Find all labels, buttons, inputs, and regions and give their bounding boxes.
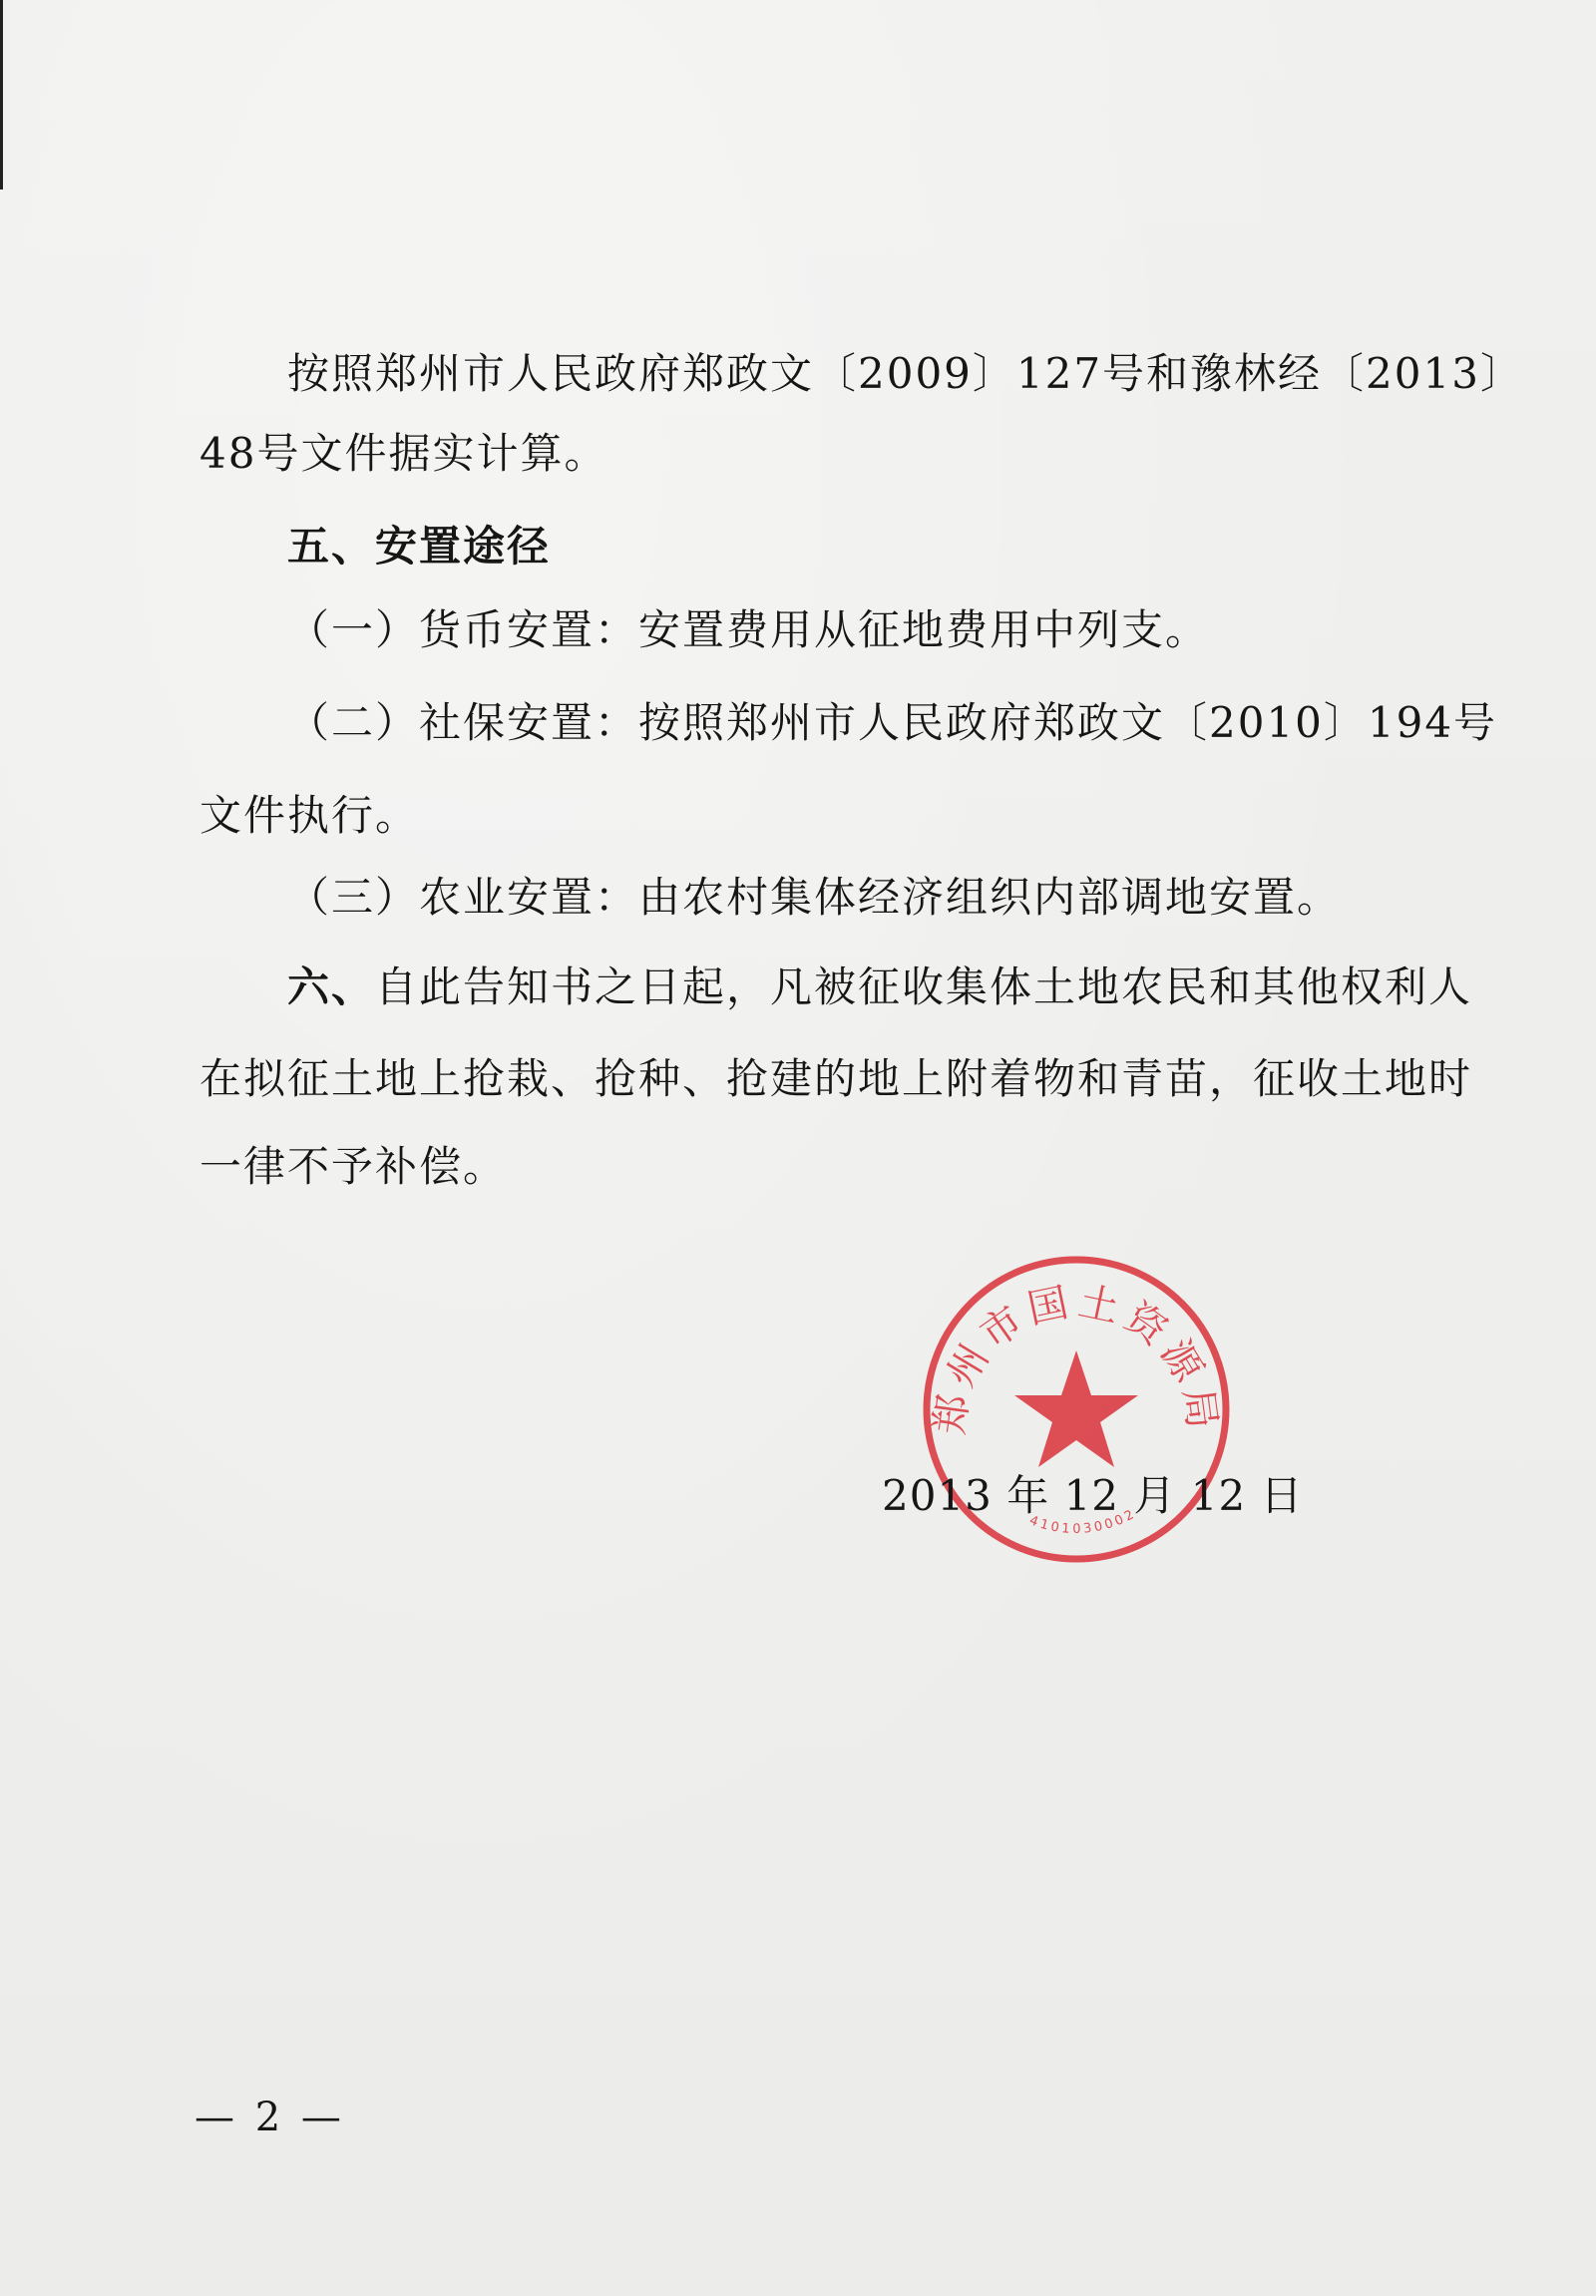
- section-heading-five: 五、安置途径: [287, 517, 1524, 576]
- section-six-text: 自此告知书之日起，凡被征收集体土地农民和其他权利人: [375, 962, 1472, 1011]
- list-item-two-continued: 文件执行。: [199, 786, 1436, 846]
- list-item-three: （三）农业安置：由农村集体经济组织内部调地安置。: [287, 868, 1524, 928]
- page-number: — 2 —: [195, 2093, 345, 2142]
- list-item-two: （二）社保安置：按照郑州市人民政府郑政文〔2010〕194号: [287, 693, 1524, 753]
- scan-edge: [0, 0, 3, 190]
- section-six-line-2: 在拟征土地上抢栽、抢种、抢建的地上附着物和青苗，征收土地时: [199, 1049, 1436, 1109]
- paragraph-line-2: 48号文件据实计算。: [199, 424, 1436, 484]
- section-six-label: 六、: [287, 962, 375, 1011]
- document-date: 2013 年 12 月 12 日: [882, 1466, 1304, 1526]
- document-page: 按照郑州市人民政府郑政文〔2009〕127号和豫林经〔2013〕 48号文件据实…: [0, 0, 1596, 2296]
- list-item-one: （一）货币安置：安置费用从征地费用中列支。: [287, 600, 1524, 660]
- section-six-line-3: 一律不予补偿。: [199, 1137, 1436, 1197]
- paragraph-line-1: 按照郑州市人民政府郑政文〔2009〕127号和豫林经〔2013〕: [287, 344, 1524, 404]
- section-six: 六、自此告知书之日起，凡被征收集体土地农民和其他权利人: [287, 957, 1524, 1017]
